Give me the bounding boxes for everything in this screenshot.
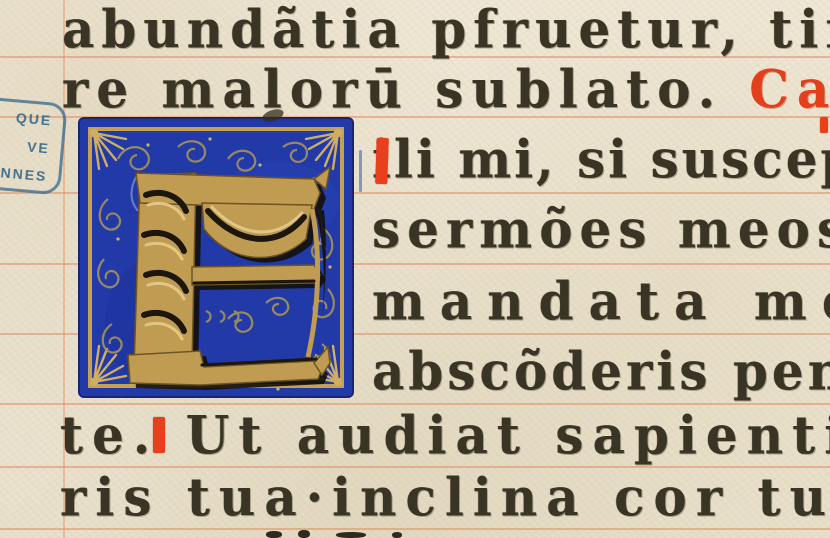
text-line-2-black: re malorū sublato.	[62, 59, 723, 120]
rubric-stroke-ut	[153, 417, 165, 453]
rubric-descender-edge	[820, 117, 828, 133]
illuminated-initial-F	[78, 117, 354, 398]
next-line-partial	[298, 530, 310, 538]
stamp-line-1: QUE	[15, 109, 53, 128]
ruling-line	[0, 528, 830, 530]
text-line-5: mandata me	[372, 276, 830, 328]
next-line-partial	[336, 532, 366, 538]
stamp-line-2: VE	[27, 138, 51, 156]
text-line-8: ris tua·inclina cor tuũ	[60, 472, 830, 524]
rubric-stroke-line3	[375, 138, 389, 184]
text-line-3: ili mi, si suscepe	[372, 134, 830, 186]
manuscript-page: QUE VE NNES abundãtia pfruetur, tim re m…	[0, 0, 830, 538]
blue-paint-bleed	[359, 150, 362, 192]
stamp-line-3: NNES	[0, 164, 48, 184]
text-line-6: abscõderis pene	[372, 346, 830, 398]
next-line-partial	[266, 531, 282, 538]
text-line-2: re malorū sublato.Cap	[62, 64, 830, 116]
library-stamp: QUE VE NNES	[0, 93, 68, 196]
text-line-7: te. Ut audiat sapientiã	[60, 410, 830, 462]
text-line-1: abundãtia pfruetur, tim	[62, 4, 830, 56]
text-line-4: sermões meos,	[372, 204, 830, 256]
chapter-rubric: Cap	[749, 59, 830, 120]
next-line-partial	[392, 532, 402, 538]
